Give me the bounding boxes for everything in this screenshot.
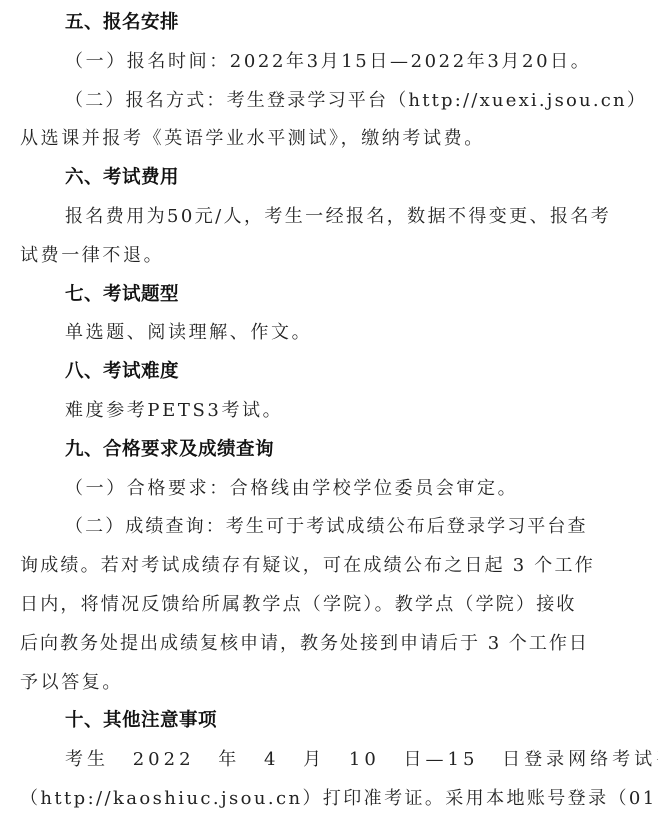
section-heading-passing-and-scores: 九、合格要求及成绩查询 [20, 431, 610, 470]
difficulty: 难度参考PETS3考试。 [20, 392, 610, 431]
score-inquiry-line-3: 日内，将情况反馈给所属教学点（学院）。教学点（学院）接收 [20, 586, 610, 625]
registration-time: （一）报名时间：2022年3月15日—2022年3月20日。 [20, 43, 610, 82]
section-heading-difficulty: 八、考试难度 [20, 353, 610, 392]
section-heading-question-types: 七、考试题型 [20, 276, 610, 315]
score-inquiry-line-2: 询成绩。若对考试成绩存有疑议，可在成绩公布之日起 3 个工作 [20, 547, 610, 586]
fees-line-1: 报名费用为50元/人，考生一经报名，数据不得变更、报名考 [20, 198, 610, 237]
registration-method-line-1: （二）报名方式：考生登录学习平台（http://xuexi.jsou.cn） [20, 82, 610, 121]
score-inquiry-line-5: 予以答复。 [20, 664, 610, 703]
question-types: 单选题、阅读理解、作文。 [20, 314, 610, 353]
fees-line-2: 试费一律不退。 [20, 237, 610, 276]
section-heading-fees: 六、考试费用 [20, 159, 610, 198]
other-notes-line-2: （http://kaoshiuc.jsou.cn）打印准考证。采用本地账号登录（… [20, 780, 610, 819]
section-heading-other-notes: 十、其他注意事项 [20, 702, 610, 741]
passing-requirement: （一）合格要求：合格线由学校学位委员会审定。 [20, 470, 610, 509]
other-notes-line-1: 考生 2022 年 4 月 10 日—15 日登录网络考试平台 [20, 741, 610, 780]
registration-method-line-2: 从选课并报考《英语学业水平测试》，缴纳考试费。 [20, 120, 610, 159]
score-inquiry-line-4: 后向教务处提出成绩复核申请，教务处接到申请后于 3 个工作日 [20, 625, 610, 664]
score-inquiry-line-1: （二）成绩查询：考生可于考试成绩公布后登录学习平台查 [20, 508, 610, 547]
section-heading-registration: 五、报名安排 [20, 4, 610, 43]
document-page: 五、报名安排 （一）报名时间：2022年3月15日—2022年3月20日。 （二… [20, 4, 610, 819]
